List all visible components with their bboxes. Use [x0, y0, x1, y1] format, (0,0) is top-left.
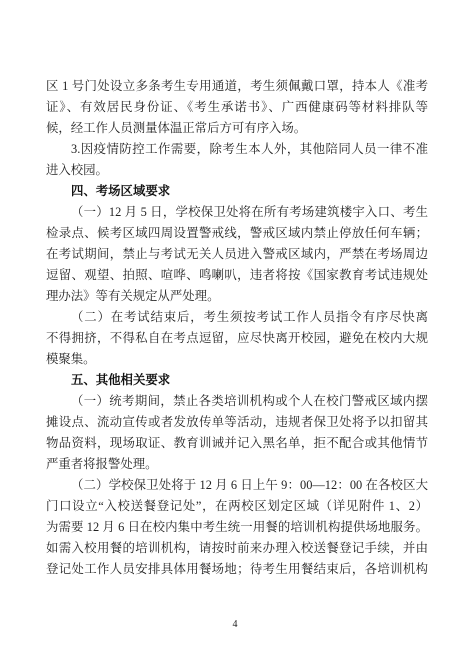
text-block: 区 1 号门处设立多条考生专用通道，考生须佩戴口罩，持本人《准考 证》、有效居民…: [46, 76, 428, 580]
page-number: 4: [0, 619, 470, 631]
text-line: 在考试期间，禁止与考试无关人员进入警戒区域内，严禁在考场周边: [46, 244, 428, 265]
text-line: （一）统考期间，禁止各类培训机构或个人在校门警戒区域内摆: [46, 391, 428, 412]
text-line: 不得拥挤，不得私自在考点逗留，应尽快离开校园，避免在校内大规: [46, 328, 428, 349]
document-page: 区 1 号门处设立多条考生专用通道，考生须佩戴口罩，持本人《准考 证》、有效居民…: [0, 0, 470, 666]
text-line: 候，经工作人员测量体温正常后方可有序入场。: [46, 118, 428, 139]
text-line: 严重者将报警处理。: [46, 454, 428, 475]
text-line: 为需要 12 月 6 日在校内集中考生统一用餐的培训机构提供场地服务。: [46, 517, 428, 538]
text-line: 区 1 号门处设立多条考生专用通道，考生须佩戴口罩，持本人《准考: [46, 76, 428, 97]
text-line: 如需入校用餐的培训机构，请按时前来办理入校送餐登记手续，并由: [46, 538, 428, 559]
text-line: 门口设立“入校送餐登记处”，在两校区划定区域（详见附件 1、2）: [46, 496, 428, 517]
text-line: 登记处工作人员安排具体用餐场地；待考生用餐结束后，各培训机构: [46, 559, 428, 580]
section-heading: 四、考场区域要求: [46, 181, 428, 202]
text-line: 模聚集。: [46, 349, 428, 370]
text-line: 理办法》等有关规定从严处理。: [46, 286, 428, 307]
section-heading: 五、其他相关要求: [46, 370, 428, 391]
text-line: 物品资料，现场取证、教育训诫并记入黑名单，拒不配合或其他情节: [46, 433, 428, 454]
text-line: 逗留、观望、拍照、喧哗、鸣喇叭，违者将按《国家教育考试违规处: [46, 265, 428, 286]
text-line: （一）12 月 5 日，学校保卫处将在所有考场建筑楼宇入口、考生: [46, 202, 428, 223]
text-line: 证》、有效居民身份证、《考生承诺书》、广西健康码等材料排队等: [46, 97, 428, 118]
text-line: （二）学校保卫处将于 12 月 6 日上午 9：00—12：00 在各校区大: [46, 475, 428, 496]
text-line: 检录点、候考区域四周设置警戒线，警戒区域内禁止停放任何车辆；: [46, 223, 428, 244]
text-line: 3.因疫情防控工作需要，除考生本人外，其他陪同人员一律不准: [46, 139, 428, 160]
text-line: 摊设点、流动宣传或者发放传单等活动，违规者保卫处将予以扣留其: [46, 412, 428, 433]
text-line: 进入校园。: [46, 160, 428, 181]
text-line: （二）在考试结束后，考生须按考试工作人员指令有序尽快离场，: [46, 307, 428, 328]
